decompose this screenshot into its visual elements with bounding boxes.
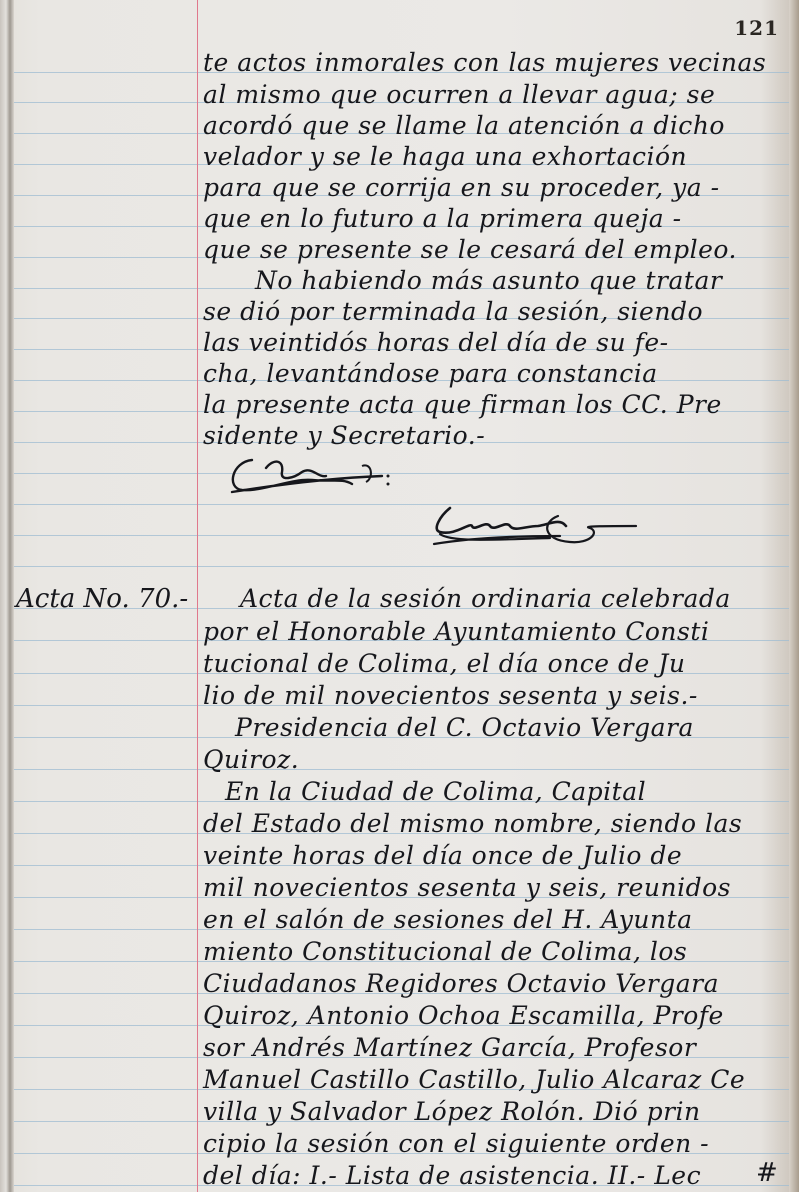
acta-number-margin-note: Acta No. 70.- xyxy=(16,584,188,614)
page-edge xyxy=(789,0,799,1192)
red-margin-line xyxy=(197,0,198,1192)
text-line: cha, levantándose para constancia xyxy=(203,359,658,388)
text-line: Quiroz. xyxy=(203,745,299,774)
text-line: Acta de la sesión ordinaria celebrada xyxy=(240,584,731,613)
rule-line xyxy=(14,769,789,770)
text-line: se dió por terminada la sesión, siendo xyxy=(203,297,703,326)
text-line: en el salón de sesiones del H. Ayunta xyxy=(203,905,693,934)
book-binding xyxy=(0,0,14,1192)
text-line: te actos inmorales con las mujeres vecin… xyxy=(203,48,766,77)
text-line: Ciudadanos Regidores Octavio Vergara xyxy=(203,969,719,998)
signature-secretary-icon xyxy=(410,496,640,556)
text-line: la presente acta que firman los CC. Pre xyxy=(203,390,722,419)
page-number: 121 xyxy=(734,16,779,40)
text-line: sor Andrés Martínez García, Profesor xyxy=(203,1033,696,1062)
text-line: tucional de Colima, el día once de Ju xyxy=(203,649,685,678)
ledger-page: 121 te actos inmorales con las mujeres v… xyxy=(0,0,799,1192)
text-line: acordó que se llame la atención a dicho xyxy=(203,111,725,140)
text-line: No habiendo más asunto que tratar xyxy=(255,266,722,295)
text-line: al mismo que ocurren a llevar agua; se xyxy=(203,80,715,109)
signature-president-icon xyxy=(222,448,442,498)
text-line: Presidencia del C. Octavio Vergara xyxy=(235,713,694,742)
text-line: veinte horas del día once de Julio de xyxy=(203,841,682,870)
text-line: del día: I.- Lista de asistencia. II.- L… xyxy=(203,1161,701,1190)
text-line: que en lo futuro a la primera queja - xyxy=(203,204,682,233)
text-line: miento Constitucional de Colima, los xyxy=(203,937,687,966)
end-mark: # xyxy=(756,1158,778,1188)
text-line: mil novecientos sesenta y seis, reunidos xyxy=(203,873,731,902)
text-line: que se presente se le cesará del empleo. xyxy=(203,235,737,264)
text-line: lio de mil novecientos sesenta y seis.- xyxy=(203,681,698,710)
text-line: En la Ciudad de Colima, Capital xyxy=(225,777,646,806)
text-line: Manuel Castillo Castillo, Julio Alcaraz … xyxy=(203,1065,745,1094)
rule-line xyxy=(14,566,789,567)
text-line: sidente y Secretario.- xyxy=(203,421,485,450)
rule-line xyxy=(14,535,789,536)
text-line: villa y Salvador López Rolón. Dió prin xyxy=(203,1097,701,1126)
rule-line xyxy=(14,504,789,505)
text-line: para que se corrija en su proceder, ya - xyxy=(203,173,720,202)
text-line: velador y se le haga una exhortación xyxy=(203,142,687,171)
text-line: por el Honorable Ayuntamiento Consti xyxy=(203,617,709,646)
text-line: cipio la sesión con el siguiente orden - xyxy=(203,1129,709,1158)
text-line: Quiroz, Antonio Ochoa Escamilla, Profe xyxy=(203,1001,724,1030)
text-line: del Estado del mismo nombre, siendo las xyxy=(203,809,742,838)
text-line: las veintidós horas del día de su fe- xyxy=(203,328,669,357)
